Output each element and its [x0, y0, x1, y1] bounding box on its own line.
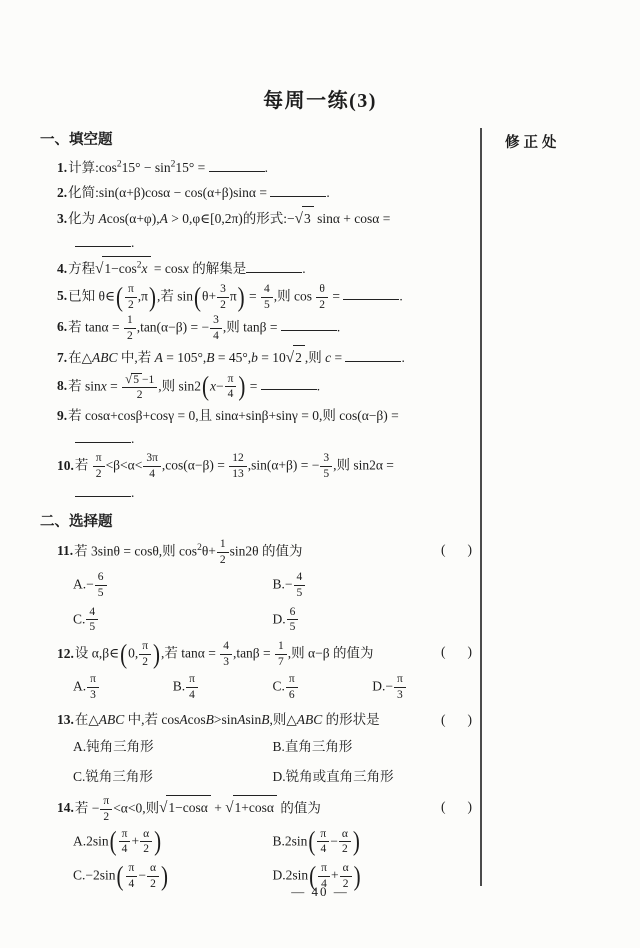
bracket-close: )	[468, 799, 473, 814]
section: 一、填空题1.计算:cos215° − sin215° = .2.化简:sin(…	[40, 128, 472, 504]
math-text: sin	[246, 712, 262, 727]
problem-number: 14.	[57, 800, 75, 815]
math-variable: A	[237, 712, 245, 727]
blank-field	[246, 270, 302, 273]
problem-stem: 2.化简:sin(α+β)cosα − cos(α+β)sinα = .	[57, 181, 472, 204]
problem-5: 5.已知 θ∈(π2,π),若 sin(θ+32π) = 45,则 cos θ2…	[57, 283, 472, 312]
option-label: C.	[73, 769, 85, 784]
problem-stem: 9.若 cosα+cosβ+cosγ = 0,且 sinα+sinβ+sinγ …	[57, 404, 472, 427]
math-text: −	[216, 378, 224, 393]
math-text: .	[131, 485, 134, 500]
math-text: 4	[189, 689, 195, 701]
radicand: 1−cos2x	[102, 256, 150, 280]
bracket-open: (	[441, 542, 446, 557]
math-text: .	[131, 235, 134, 250]
fraction: 45	[85, 606, 99, 635]
problem-stem: 10.若 π2<β<α<3π4,cos(α−β) = 1213,sin(α+β)…	[57, 452, 472, 481]
math-text: ,π	[138, 288, 148, 303]
fraction-numerator: π	[286, 673, 298, 688]
math-text: 若	[75, 458, 92, 473]
math-text: 计算:cos	[68, 160, 117, 175]
math-text: θ+	[202, 288, 216, 303]
big-right-paren: )	[352, 831, 361, 853]
math-text: =	[246, 378, 260, 393]
radicand: 1−cosα	[166, 795, 210, 819]
fraction-numerator: π	[318, 862, 330, 877]
fraction: 65	[94, 571, 108, 600]
option-D: D.65	[273, 603, 473, 638]
fraction-numerator: 1	[217, 538, 229, 553]
math-variable: A	[99, 211, 107, 226]
math-text: +	[131, 833, 139, 848]
bracket-open: (	[441, 644, 446, 659]
math-text: π	[189, 673, 195, 685]
big-left-paren: (	[119, 644, 128, 666]
math-text: .	[337, 319, 340, 334]
math-text: π	[289, 673, 295, 685]
math-text: 中,若 cos	[124, 712, 179, 727]
fraction-numerator: 6	[287, 606, 299, 621]
math-text: ,tan(α−β) = −	[137, 319, 209, 334]
fraction-denominator: 6	[289, 688, 295, 702]
fraction-denominator: 5	[264, 298, 270, 312]
option-A: A.−65	[73, 568, 273, 603]
fraction: π3	[393, 673, 407, 702]
sqrt-radical: √3	[295, 211, 314, 226]
math-text: .	[131, 431, 134, 446]
math-text: π	[397, 673, 403, 685]
math-text: 6	[98, 571, 104, 583]
blank-field	[281, 328, 337, 331]
fraction: 34	[209, 314, 223, 343]
option-label: B.	[173, 678, 185, 693]
fraction-denominator: 5	[290, 620, 296, 634]
math-text: 钝角三角形	[86, 739, 154, 754]
problem-4: 4.方程√1−cos2x = cosx 的解集是.	[57, 256, 472, 281]
math-text: .	[302, 261, 305, 276]
options: A.−65B.−45C.45D.65	[73, 568, 472, 638]
option-B: B.2sin(π4−α2)	[273, 825, 473, 860]
math-text: 6	[290, 606, 296, 618]
math-text: cos(α+φ),	[107, 211, 160, 226]
math-text: −	[86, 576, 94, 591]
math-text: 4	[122, 843, 128, 855]
option-label: B.	[273, 576, 285, 591]
math-text: 1+cosα	[235, 800, 274, 815]
option-label: A.	[73, 678, 86, 693]
fraction: √5−12	[121, 372, 158, 403]
fraction-denominator: 4	[320, 842, 326, 856]
fraction-numerator: 4	[86, 606, 98, 621]
sqrt-radical: √2	[286, 350, 305, 365]
choice-bracket: ()	[441, 795, 472, 818]
option-C: C.π6	[273, 670, 373, 705]
fraction: π4	[118, 828, 132, 857]
math-variable: ABC	[297, 712, 323, 727]
math-text: α	[150, 862, 156, 874]
math-text: 6	[289, 689, 295, 701]
problem-10: 10.若 π2<β<α<3π4,cos(α−β) = 1213,sin(α+β)…	[57, 452, 472, 504]
section-heading: 一、填空题	[40, 128, 472, 149]
worksheet-page: 每周一练(3) 修正处 一、填空题1.计算:cos215° − sin215° …	[0, 0, 640, 948]
math-text: −	[330, 833, 338, 848]
fraction-denominator: 2	[142, 655, 148, 669]
fraction-numerator: π	[394, 673, 406, 688]
bracket-open: (	[441, 799, 446, 814]
math-text: 13	[232, 468, 244, 480]
choice-bracket: ()	[441, 708, 472, 731]
fraction-denominator: 4	[228, 387, 234, 401]
fraction-denominator: 4	[213, 329, 219, 343]
problem-number: 12.	[57, 646, 75, 661]
math-text: 2	[220, 554, 226, 566]
problems-root: 一、填空题1.计算:cos215° − sin215° = .2.化简:sin(…	[40, 128, 472, 900]
fraction-numerator: 4	[261, 283, 273, 298]
problem-stem: ()13.在△ABC 中,若 cosAcosB>sinAsinB,则△ABC 的…	[57, 708, 472, 731]
math-text: 的形状是	[322, 712, 379, 727]
math-text: 2	[96, 468, 102, 480]
math-text: 4	[228, 388, 234, 400]
option-A: A.π3	[73, 670, 173, 705]
fraction-numerator: √5−1	[122, 372, 157, 389]
fraction-denominator: 2	[128, 298, 134, 312]
page-number: — 40 —	[0, 884, 640, 900]
sqrt-radical: √1−cosα	[159, 800, 211, 815]
math-text: .	[326, 185, 329, 200]
math-text: 锐角三角形	[85, 769, 153, 784]
math-text: 5	[98, 587, 104, 599]
math-text: 锐角或直角三角形	[286, 769, 394, 784]
math-text: π	[142, 640, 148, 652]
math-variable: A	[160, 211, 168, 226]
fraction: π6	[285, 673, 299, 702]
math-text: −	[138, 868, 146, 883]
option-C: C.45	[73, 603, 273, 638]
math-text: 2	[342, 843, 348, 855]
blank-field	[261, 387, 317, 390]
math-text: = 105°,	[163, 350, 206, 365]
math-text: 2	[220, 299, 226, 311]
math-text: 2	[127, 330, 133, 342]
fraction-numerator: π	[125, 283, 137, 298]
math-text: .	[265, 160, 268, 175]
problem-number: 7.	[57, 350, 68, 365]
option-label: A.	[73, 833, 86, 848]
big-left-paren: (	[109, 831, 118, 853]
fraction-denominator: 2	[143, 842, 149, 856]
problem-stem: 7.在△ABC 中,若 A = 105°,B = 45°,b = 10√2,则 …	[57, 345, 472, 370]
math-text: 3	[220, 283, 226, 295]
math-text: π	[321, 862, 327, 874]
fraction-denominator: 2	[96, 467, 102, 481]
big-right-paren: )	[148, 286, 157, 308]
math-text: 2	[128, 299, 134, 311]
math-variable: B	[206, 350, 214, 365]
math-text: 2	[319, 299, 325, 311]
fraction-numerator: α	[339, 828, 351, 843]
fraction-numerator: α	[140, 828, 152, 843]
fraction-numerator: 12	[229, 452, 247, 467]
problem-8: 8.若 sinx = √5−12,则 sin2(x−π4) = .	[57, 372, 472, 403]
fraction: 35	[319, 452, 333, 481]
math-text: π	[230, 288, 237, 303]
fraction-numerator: 3	[320, 452, 332, 467]
math-text: 1	[220, 538, 226, 550]
bracket-close: )	[468, 542, 473, 557]
math-text: 化为	[68, 211, 98, 226]
problem-3: 3.化为 Acos(α+φ),A > 0,φ∈[0,2π)的形式:−√3 sin…	[57, 206, 472, 254]
math-text: cos	[188, 712, 206, 727]
math-text: 2sin	[285, 833, 308, 848]
big-right-paren: )	[237, 376, 246, 398]
math-text: ,则 cos	[274, 288, 316, 303]
math-text: sin2θ 的值为	[230, 543, 303, 558]
math-text: 7	[278, 656, 284, 668]
math-text: 1	[127, 314, 133, 326]
fraction-denominator: 7	[278, 655, 284, 669]
option-label: C.	[73, 868, 85, 883]
fraction-denominator: 2	[137, 388, 143, 402]
math-text: +	[331, 868, 339, 883]
problem-number: 4.	[57, 261, 68, 276]
math-text: =	[329, 288, 343, 303]
math-text: θ	[319, 283, 325, 295]
option-A: A.2sin(π4+α2)	[73, 825, 273, 860]
fraction-numerator: π	[126, 862, 138, 877]
problem-number: 1.	[57, 160, 68, 175]
math-text: > 0,φ∈[0,2π)的形式:−	[168, 211, 295, 226]
fraction-numerator: 3	[217, 283, 229, 298]
option-B: B.−45	[273, 568, 473, 603]
fraction: θ2	[315, 283, 329, 312]
fraction-denominator: 5	[323, 467, 329, 481]
math-text: ,若 tanα =	[161, 646, 219, 661]
problem-stem: 3.化为 Acos(α+φ),A > 0,φ∈[0,2π)的形式:−√3 sin…	[57, 206, 472, 231]
math-text: 4	[320, 843, 326, 855]
fraction-denominator: 2	[319, 298, 325, 312]
option-C: C.锐角三角形	[73, 762, 273, 792]
math-text: 2sin	[286, 868, 309, 883]
math-text: 4	[264, 283, 270, 295]
math-text: 4	[297, 571, 303, 583]
fraction: π3	[86, 673, 100, 702]
math-variable: A	[155, 350, 163, 365]
math-text: 若 3sinθ = cosθ,则 cos	[74, 543, 197, 558]
bracket-open: (	[441, 712, 446, 727]
option-label: D.	[273, 769, 286, 784]
problem-9: 9.若 cosα+cosβ+cosγ = 0,且 sinα+sinβ+sinγ …	[57, 404, 472, 450]
fraction: α2	[139, 828, 153, 857]
math-text: 5	[264, 299, 270, 311]
math-text: α	[143, 828, 149, 840]
problem-number: 10.	[57, 458, 75, 473]
fraction-denominator: 2	[103, 810, 109, 824]
math-text: 4	[223, 640, 229, 652]
fraction-denominator: 2	[127, 329, 133, 343]
math-text: θ+	[202, 543, 216, 558]
fraction-numerator: 3π	[143, 452, 161, 467]
math-text: .	[399, 288, 402, 303]
math-text: 3	[304, 211, 311, 226]
blank-field	[270, 194, 326, 197]
margin-label: 修正处	[505, 131, 561, 152]
problem-14: ()14.若 −π2<α<0,则√1−cosα + √1+cosα 的值为A.2…	[57, 795, 472, 894]
problem-stem: 5.已知 θ∈(π2,π),若 sin(θ+32π) = 45,则 cos θ2…	[57, 283, 472, 312]
math-text: ,则 α−β 的值为	[288, 646, 374, 661]
math-text: 在△	[68, 350, 92, 365]
math-text: −2sin	[85, 868, 115, 883]
problem-13: ()13.在△ABC 中,若 cosAcosB>sinAsinB,则△ABC 的…	[57, 708, 472, 792]
option-A: A.钝角三角形	[73, 732, 273, 762]
fraction-numerator: 1	[124, 314, 136, 329]
choice-bracket: ()	[441, 640, 472, 663]
math-text: 化简:sin(α+β)cosα − cos(α+β)sinα =	[68, 185, 270, 200]
fraction-denominator: 3	[223, 655, 229, 669]
fraction-denominator: 5	[297, 586, 303, 600]
math-text: 5	[290, 621, 296, 633]
fraction: 17	[274, 640, 288, 669]
problem-6: 6.若 tanα = 12,tan(α−β) = −34,则 tanβ = .	[57, 314, 472, 343]
math-text: ,则 sin2α =	[333, 458, 394, 473]
math-text: π	[320, 828, 326, 840]
fraction: π2	[99, 795, 113, 824]
problem-number: 13.	[57, 712, 75, 727]
problem-2: 2.化简:sin(α+β)cosα − cos(α+β)sinα = .	[57, 181, 472, 204]
option-D: D.−π3	[372, 670, 472, 705]
blank-field	[75, 440, 131, 443]
math-text: +	[211, 800, 225, 815]
sqrt-radical: √5	[125, 374, 142, 386]
fraction-numerator: π	[119, 828, 131, 843]
math-text: π	[228, 373, 234, 385]
math-text: 4	[89, 606, 95, 618]
fraction-denominator: 13	[232, 467, 244, 481]
fraction: 65	[286, 606, 300, 635]
math-text: .	[317, 378, 320, 393]
big-left-paren: (	[307, 831, 316, 853]
fraction-denominator: 4	[189, 688, 195, 702]
math-text: 5	[133, 374, 139, 386]
math-text: 已知 θ∈	[68, 288, 115, 303]
math-text: 方程	[68, 261, 95, 276]
math-text: 若 tanα =	[68, 319, 123, 334]
math-variable: A	[179, 712, 187, 727]
math-text: 中,若	[118, 350, 155, 365]
math-text: π	[122, 828, 128, 840]
option-label: B.	[273, 833, 285, 848]
sqrt-radical: √1+cosα	[225, 800, 277, 815]
fraction-numerator: π	[93, 452, 105, 467]
problem-stem: ()12.设 α,β∈(0,π2),若 tanα = 43,tanβ = 17,…	[57, 640, 472, 669]
problem-number: 9.	[57, 408, 68, 423]
big-left-paren: (	[193, 286, 202, 308]
math-text: π	[128, 283, 134, 295]
fraction-denominator: 4	[149, 467, 155, 481]
fraction-denominator: 2	[220, 553, 226, 567]
fraction-numerator: π	[139, 640, 151, 655]
math-text: 5	[297, 587, 303, 599]
math-text: = 45°,	[215, 350, 252, 365]
section: 二、选择题()11.若 3sinθ = cosθ,则 cos2θ+12sin2θ…	[40, 510, 472, 894]
math-text: 若 sin	[68, 378, 101, 393]
math-text: π	[103, 795, 109, 807]
problem-stem: ()14.若 −π2<α<0,则√1−cosα + √1+cosα 的值为	[57, 795, 472, 824]
problem-number: 11.	[57, 543, 74, 558]
math-text: ,则 tanβ =	[223, 319, 281, 334]
math-text: = 10	[258, 350, 286, 365]
math-text: 2	[295, 350, 302, 365]
math-variable: ABC	[99, 712, 125, 727]
fraction-numerator: α	[147, 862, 159, 877]
fraction-numerator: π	[225, 373, 237, 388]
problem-stem: 1.计算:cos215° − sin215° = .	[57, 156, 472, 179]
math-text: 2	[137, 389, 143, 401]
math-text: π	[90, 673, 96, 685]
option-D: D.锐角或直角三角形	[273, 762, 473, 792]
math-text: 3	[90, 689, 96, 701]
fraction-numerator: 1	[275, 640, 287, 655]
fraction-numerator: π	[186, 673, 198, 688]
option-label: C.	[73, 611, 85, 626]
math-text: 3	[397, 689, 403, 701]
big-left-paren: (	[201, 376, 210, 398]
fraction: α2	[338, 828, 352, 857]
math-text: =	[107, 378, 121, 393]
math-text: 0,	[128, 646, 138, 661]
option-B: B.直角三角形	[273, 732, 473, 762]
radicand: 1+cosα	[233, 795, 277, 819]
problem-continuation: .	[75, 231, 472, 254]
fraction: 45	[260, 283, 274, 312]
problem-number: 3.	[57, 211, 68, 226]
math-text: 2sin	[86, 833, 109, 848]
fraction-denominator: 4	[122, 842, 128, 856]
math-text: −1	[142, 374, 154, 386]
math-text: 设 α,β∈	[75, 646, 119, 661]
option-label: D.	[273, 868, 286, 883]
problem-stem: 6.若 tanα = 12,tan(α−β) = −34,则 tanβ = .	[57, 314, 472, 343]
fraction-denominator: 2	[342, 842, 348, 856]
math-text: 的值为	[277, 800, 321, 815]
math-text: ,则	[305, 350, 325, 365]
options: A.钝角三角形B.直角三角形C.锐角三角形D.锐角或直角三角形	[73, 732, 472, 792]
math-text: 若 −	[75, 800, 100, 815]
math-text: 4	[213, 330, 219, 342]
blank-field	[75, 494, 131, 497]
math-text: <α<0,则	[113, 800, 159, 815]
math-text: 5	[89, 621, 95, 633]
math-variable: x	[142, 261, 148, 276]
math-text: =	[246, 288, 260, 303]
blank-field	[209, 169, 265, 172]
big-right-paren: )	[153, 831, 162, 853]
math-text: 2	[143, 843, 149, 855]
problem-11: ()11.若 3sinθ = cosθ,则 cos2θ+12sin2θ 的值为A…	[57, 538, 472, 637]
problem-number: 2.	[57, 185, 68, 200]
fraction: π4	[185, 673, 199, 702]
math-text: α	[342, 828, 348, 840]
bracket-close: )	[468, 644, 473, 659]
fraction-denominator: 2	[220, 298, 226, 312]
fraction: π2	[138, 640, 152, 669]
option-B: B.π4	[173, 670, 273, 705]
problem-1: 1.计算:cos215° − sin215° = .	[57, 156, 472, 179]
math-text: = cos	[151, 261, 183, 276]
problem-number: 5.	[57, 288, 68, 303]
big-right-paren: )	[152, 644, 161, 666]
sqrt-radical: √1−cos2x	[95, 261, 150, 276]
fraction-numerator: θ	[316, 283, 328, 298]
